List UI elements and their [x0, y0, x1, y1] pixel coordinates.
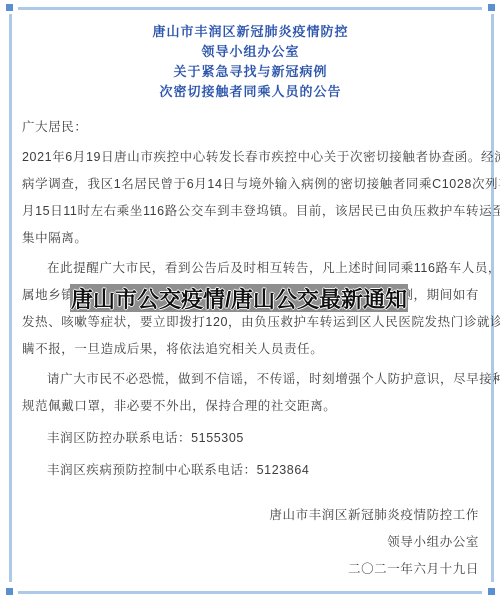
header-line-1: 唐山市丰润区新冠肺炎疫情防控	[22, 22, 479, 42]
signature-date: 二〇二一年六月十九日	[22, 556, 479, 583]
frame-corner-bottom-right	[488, 588, 495, 595]
header-line-4: 次密切接触者同乘人员的公告	[22, 82, 479, 102]
body-line: 病学调查，我区1名居民曾于6月14日与境外输入病例的密切接触者同乘C1028次列…	[22, 171, 479, 198]
contact-phone-line-2: 丰润区疾病预防控制中心联系电话：5123864	[22, 457, 479, 484]
notice-header: 唐山市丰润区新冠肺炎疫情防控 领导小组办公室 关于紧急寻找与新冠病例 次密切接触…	[22, 22, 479, 102]
body-line: 请广大市民不必恐慌，做到不信谣，不传谣，时刻增强个人防护意识，尽早接种疫苗，	[22, 366, 479, 393]
contact-phone-line-1: 丰润区防控办联系电话：5155305	[22, 425, 479, 452]
body-line: 规范佩戴口罩，非必要不外出，保持合理的社交距离。	[22, 393, 479, 420]
frame-border-left	[9, 14, 12, 582]
body-line: 在此提醒广大市民，看到公告后及时相互转告，凡上述时间同乘116路车人员，立即向	[22, 255, 479, 282]
body-line: 集中隔离。	[22, 225, 479, 252]
body-line: 月15日11时左右乘坐116路公交车到丰登坞镇。目前，该居民已由负压救护车转运至…	[22, 198, 479, 225]
greeting: 广大居民：	[22, 114, 479, 141]
frame-corner-top-left	[6, 4, 13, 11]
signature-org-line-2: 领导小组办公室	[22, 529, 479, 556]
body-line: 瞒不报，一旦造成后果，将依法追究相关人员责任。	[22, 336, 479, 363]
body-line: 2021年6月19日唐山市疾控中心转发长春市疾控中心关于次密切接触者协查函。经流…	[22, 144, 479, 171]
header-line-3: 关于紧急寻找与新冠病例	[22, 62, 479, 82]
frame-border-bottom	[18, 591, 482, 594]
signature-org-line-1: 唐山市丰润区新冠肺炎疫情防控工作	[22, 502, 479, 529]
headline-overlay-band: 唐山市公交疫情/唐山公交最新通知	[70, 284, 408, 312]
headline-overlay-title: 唐山市公交疫情/唐山公交最新通知	[71, 283, 407, 314]
frame-corner-bottom-left	[6, 588, 13, 595]
frame-corner-top-right	[488, 4, 495, 11]
header-line-2: 领导小组办公室	[22, 42, 479, 62]
frame-border-right	[491, 14, 494, 582]
